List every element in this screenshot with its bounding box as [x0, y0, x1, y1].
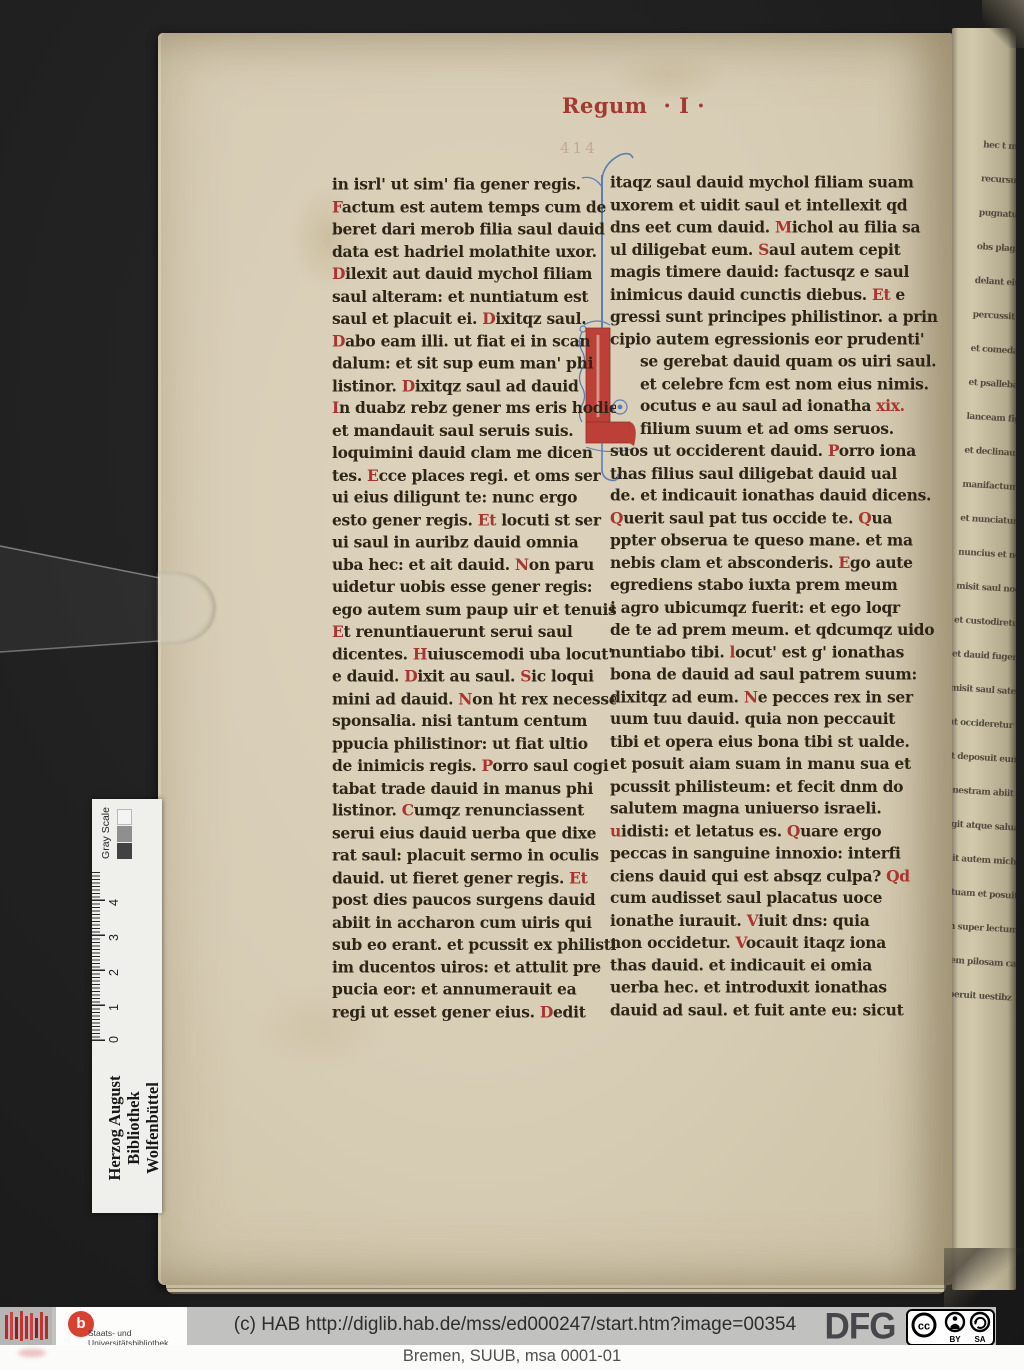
- library-name-line1: Herzog August Bibliothek: [105, 1043, 143, 1213]
- manuscript-line: Dabo eam illi. ut fiat ei in scan: [332, 331, 616, 353]
- manuscript-line: uidisti: et letatus es. Quare ergo: [610, 820, 944, 842]
- library-name-line2: Wolfenbüttel: [143, 1043, 162, 1213]
- manuscript-line: listinor. Cumqz renunciassent: [332, 800, 616, 822]
- manuscript-line: cipio autem egressionis eor prudenti': [610, 329, 944, 351]
- barcode-logo: [0, 1307, 52, 1345]
- running-title-book: Regum: [562, 93, 648, 118]
- manuscript-line: tabat trade dauid in manus phi: [332, 778, 616, 800]
- manuscript-line: uidetur uobis esse gener regis:: [332, 576, 616, 598]
- ruler-number: 4: [107, 899, 121, 906]
- adjacent-page-text: hec t mil arcusrecursus bellum t epugnat…: [952, 128, 1016, 1020]
- ruler-mm-ticks: [92, 871, 100, 1041]
- svg-text:SA: SA: [974, 1335, 985, 1344]
- manuscript-line: ppter obserua te queso mane. et ma: [610, 530, 944, 552]
- manuscript-line: serui eius dauid uerba que dixe: [332, 822, 616, 844]
- manuscript-line: dicentes. Huiuscemodi uba locut': [332, 644, 616, 666]
- manuscript-line: ui saul in auribz dauid omnia: [332, 532, 616, 554]
- running-title: Regum · I ·: [562, 93, 705, 118]
- library-name: Herzog August Bibliothek Wolfenbüttel: [92, 1043, 162, 1213]
- ruler-number: 0: [107, 1036, 121, 1043]
- manuscript-line: beret dari merob filia saul dauid: [332, 219, 616, 241]
- manuscript-line: dalum: et sit sup eum man' phi: [332, 353, 616, 375]
- manuscript-line: i agro ubicumqz fuerit: et ego loqr: [610, 597, 944, 619]
- ruler-number: 3: [107, 934, 121, 941]
- manuscript-line: de. et indicauit ionathas dauid dicens.: [610, 485, 944, 507]
- gray-scale: Gray Scale: [92, 799, 162, 867]
- manuscript-line: salutem magna uniuerso israeli.: [610, 798, 944, 820]
- manuscript-line: Factum est autem temps cum de: [332, 196, 616, 218]
- manuscript-line: tes. Ecce places regi. et oms ser: [332, 465, 616, 487]
- manuscript-line: tibi et opera eius bona tibi st ualde.: [610, 731, 944, 753]
- manuscript-line: et mandauit saul seruis suis.: [332, 420, 616, 442]
- manuscript-line: im ducentos uiros: et attulit pre: [332, 957, 616, 979]
- manuscript-line: esto gener regis. Et locuti st ser: [332, 509, 616, 531]
- manuscript-line: dauid. ut fieret gener regis. Et: [332, 867, 616, 889]
- manuscript-line: In duabz rebz gener ms eris hodie: [332, 398, 616, 420]
- text-column-right: itaqz saul dauid mychol filiam suamuxore…: [610, 172, 944, 1022]
- manuscript-line: inimicus dauid cunctis diebus. Et e: [610, 284, 944, 306]
- cm-ruler: 0 1 2 3 4: [92, 867, 162, 1043]
- shelfmark-caption: Bremen, SUUB, msa 0001-01: [0, 1347, 1024, 1366]
- manuscript-line: itaqz saul dauid mychol filiam suam: [610, 172, 944, 194]
- digitized-manuscript-viewer: Regum · I · 414 in isrl' ut sim' fia gen…: [0, 0, 1024, 1370]
- copyright-url: (c) HAB http://diglib.hab.de/mss/ed00024…: [205, 1314, 825, 1336]
- manuscript-page: Regum · I · 414 in isrl' ut sim' fia gen…: [158, 33, 952, 1285]
- manuscript-line: mini ad dauid. Non ht rex necesse: [332, 688, 616, 710]
- manuscript-line: gressi sunt principes philistinor. a pri…: [610, 306, 944, 328]
- manuscript-line: cum audisset saul placatus uoce: [610, 888, 944, 910]
- manuscript-line: data est hadriel molathite uxor.: [332, 241, 616, 263]
- manuscript-line: uxorem et uidit saul et intellexit qd: [610, 194, 944, 216]
- manuscript-line: uba hec: et ait dauid. Non paru: [332, 554, 616, 576]
- manuscript-line: nebis clam et absconderis. Ego aute: [610, 552, 944, 574]
- manuscript-line: pucia eor: et annumerauit ea: [332, 979, 616, 1001]
- gray-swatch-light: [117, 809, 132, 825]
- cc-by-sa-badge: cc BY SA: [906, 1309, 995, 1346]
- manuscript-line: Dilexit aut dauid mychol filiam: [332, 263, 616, 285]
- manuscript-line: ui eius diligunt te: nunc ergo: [332, 487, 616, 509]
- manuscript-line: nuntiabo tibi. locut' est g' ionathas: [610, 642, 944, 664]
- manuscript-line: ppucia philistinor: ut fiat ultio: [332, 733, 616, 755]
- ruler-number: 1: [107, 1004, 121, 1011]
- adjacent-page-line: et operuit uestibz: [952, 977, 1016, 1020]
- manuscript-line: loquimini dauid clam me dicen: [332, 442, 616, 464]
- text-column-left: in isrl' ut sim' fia gener regis.Factum …: [332, 174, 616, 1024]
- manuscript-line: Et renuntiauerunt serui saul: [332, 621, 616, 643]
- manuscript-line: ciens dauid qui est absqz culpa? Qd: [610, 865, 944, 887]
- manuscript-line: ego autem sum paup uir et tenuis.: [332, 599, 616, 621]
- gray-swatch-dark: [117, 843, 132, 859]
- manuscript-line: filium suum et ad oms seruos.: [610, 418, 944, 440]
- manuscript-line: thas filius saul diligebat dauid ual: [610, 463, 944, 485]
- manuscript-line: thas dauid. et indicauit ei omia: [610, 955, 944, 977]
- svg-text:cc: cc: [918, 1321, 930, 1333]
- manuscript-line: et posuit aiam suam in manu sua et: [610, 753, 944, 775]
- manuscript-line: ionathe iurauit. Viuit dns: quia: [610, 910, 944, 932]
- manuscript-line: rat saul: placuit sermo in oculis: [332, 845, 616, 867]
- manuscript-line: magis timere dauid: factusqz e saul: [610, 261, 944, 283]
- manuscript-line: de te ad prem meum. et qdcumqz uido: [610, 619, 944, 641]
- cc-by-sa-icons: cc BY SA: [908, 1311, 993, 1344]
- manuscript-line: in isrl' ut sim' fia gener regis.: [332, 174, 616, 196]
- manuscript-line: ocutus e au saul ad ionatha xix.: [610, 396, 944, 418]
- manuscript-line: dns eet cum dauid. Michol au filia sa: [610, 217, 944, 239]
- manuscript-line: peccas in sanguine innoxio: interfi: [610, 843, 944, 865]
- running-title-number: · I ·: [664, 93, 706, 118]
- manuscript-line: se gerebat dauid quam os uiri saul.: [610, 351, 944, 373]
- manuscript-line: uum tuu dauid. quia non peccauit: [610, 709, 944, 731]
- gray-swatch-mid: [117, 826, 132, 842]
- library-scale-label: Herzog August Bibliothek Wolfenbüttel 0 …: [92, 799, 162, 1213]
- manuscript-line: ul diligebat eum. Saul autem cepit: [610, 239, 944, 261]
- manuscript-line: abiit in accharon cum uiris qui: [332, 912, 616, 934]
- manuscript-line: saul alteram: et nuntiatum est: [332, 286, 616, 308]
- adjacent-page-edge: hec t mil arcusrecursus bellum t epugnat…: [952, 28, 1016, 1290]
- manuscript-line: non occidetur. Vocauit itaqz iona: [610, 932, 944, 954]
- manuscript-line: et celebre fcm est nom eius nimis.: [610, 373, 944, 395]
- manuscript-line: Querit saul pat tus occide te. Qua: [610, 507, 944, 529]
- svg-text:BY: BY: [949, 1335, 961, 1344]
- manuscript-line: pcussit philisteum: et fecit dnm do: [610, 776, 944, 798]
- manuscript-line: bona de dauid ad saul patrem suum:: [610, 664, 944, 686]
- gray-scale-swatches: [117, 809, 132, 859]
- dfg-logo: DFG: [810, 1306, 910, 1348]
- manuscript-line: uerba hec. et introduxit ionathas: [610, 977, 944, 999]
- manuscript-line: de inimicis regis. Porro saul cogi: [332, 755, 616, 777]
- manuscript-line: dauid ad saul. et fuit ante eu: sicut: [610, 999, 944, 1021]
- suub-name-line1: Staats- und: [88, 1328, 168, 1338]
- ruler-number: 2: [107, 969, 121, 976]
- manuscript-line: regi ut esset gener eius. Dedit: [332, 1001, 616, 1023]
- manuscript-line: sub eo erant. et pcussit ex philisti: [332, 934, 616, 956]
- library-scale-label-inner: Herzog August Bibliothek Wolfenbüttel 0 …: [92, 799, 162, 1213]
- gray-scale-label: Gray Scale: [100, 799, 112, 867]
- manuscript-line: saul et placuit ei. Dixitqz saul.: [332, 308, 616, 330]
- manuscript-line: egrediens stabo iuxta prem meum: [610, 574, 944, 596]
- manuscript-line: sponsalia. nisi tantum centum: [332, 711, 616, 733]
- manuscript-line: e dauid. Dixit au saul. Sic loqui: [332, 666, 616, 688]
- manuscript-line: post dies paucos surgens dauid: [332, 890, 616, 912]
- manuscript-line: listinor. Dixitqz saul ad dauid: [332, 375, 616, 397]
- manuscript-line: suos ut occiderent dauid. Porro iona: [610, 440, 944, 462]
- manuscript-line: dixitqz ad eum. Ne pecces rex in ser: [610, 686, 944, 708]
